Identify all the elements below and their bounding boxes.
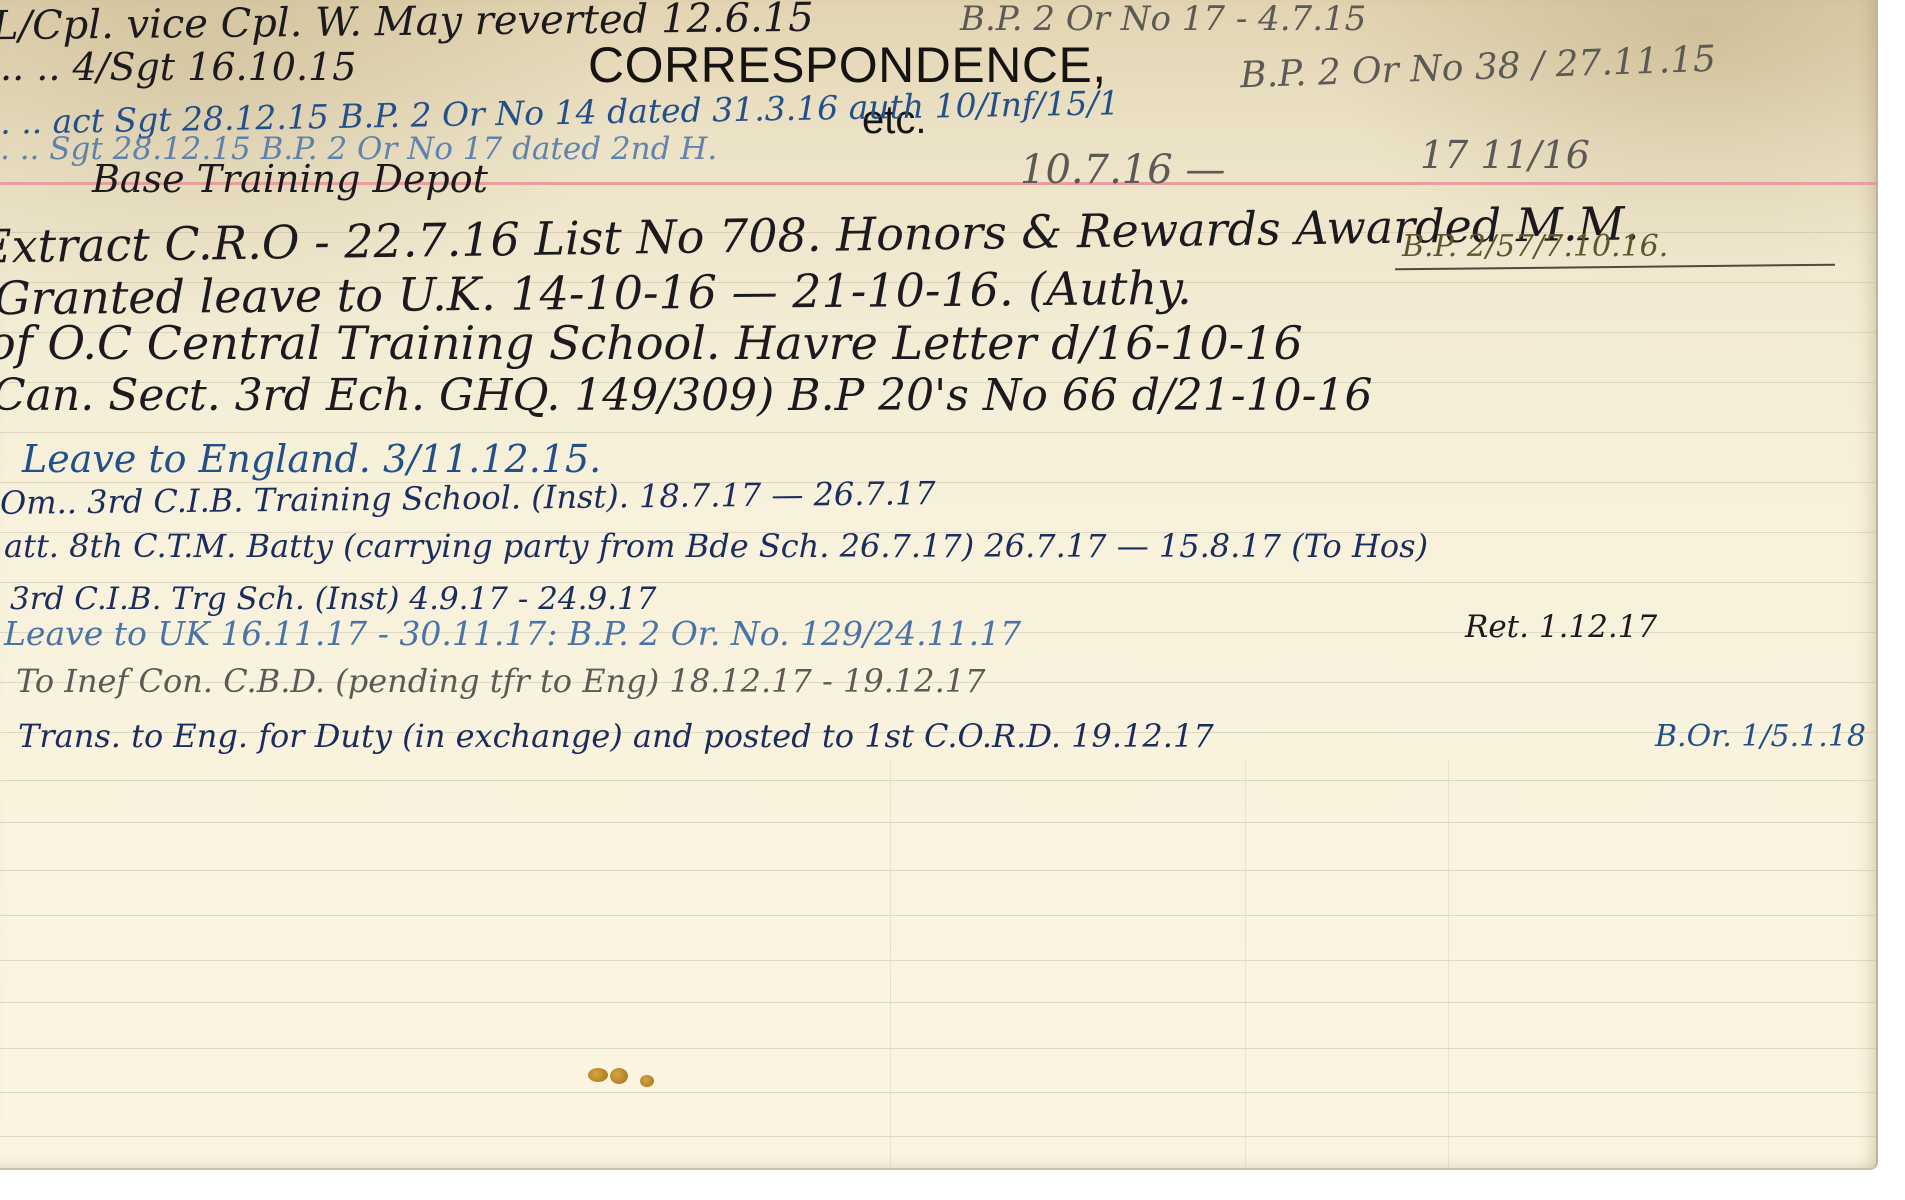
entry-depot-from-date: 10.7.16 —: [1020, 150, 1225, 190]
column-guide: [890, 760, 891, 1168]
entry-trans-ref: B.Or. 1/5.1.18: [1655, 722, 1866, 752]
entry-ctm-battery: att. 8th C.T.M. Batty (carrying party fr…: [4, 530, 1428, 562]
ruled-line: [0, 870, 1876, 871]
entry-cib-trg-sch: 3rd C.I.B. Trg Sch. (Inst) 4.9.17 - 24.9…: [10, 584, 657, 615]
entry-inef-con-cbd: To Inef Con. C.B.D. (pending tfr to Eng)…: [16, 665, 986, 697]
entry-leave-uk-1916: Granted leave to U.K. 14-10-16 — 21-10-1…: [0, 265, 1192, 321]
card-heading: CORRESPONDENCE,: [588, 40, 1107, 90]
entry-authority-havre: of O.C Central Training School. Havre Le…: [0, 320, 1303, 366]
entry-leave-england-1915: Leave to England. 3/11.12.15.: [22, 440, 601, 478]
entry-promotion-sgt-ref: B.P. 2 Or No 38 / 27.11.15: [1240, 42, 1717, 95]
ruled-line: [0, 915, 1876, 916]
entry-depot-to-date: 17 11/16: [1420, 136, 1590, 174]
entry-honours-mm: Extract C.R.O - 22.7.16 List No 708. Hon…: [0, 200, 1640, 269]
entry-base-training-depot: Base Training Depot: [92, 160, 488, 198]
entry-return-date: Ret. 1.12.17: [1465, 612, 1657, 643]
entry-promotion-sgt: .. .. 4/Sgt 16.10.15: [0, 48, 356, 86]
ruled-line: [0, 1048, 1876, 1049]
service-record-card: CORRESPONDENCE, etc. L/Cpl. vice Cpl. W.…: [0, 0, 1878, 1170]
entry-honours-ref: B.P. 2/57/7.10.16.: [1402, 232, 1668, 262]
entry-leave-uk-1917: Leave to UK 16.11.17 - 30.11.17: B.P. 2 …: [4, 617, 1021, 650]
ruled-line: [0, 780, 1876, 781]
stain-mark: [588, 1068, 608, 1082]
ruled-line: [0, 1092, 1876, 1093]
entry-promotion-lcpl-ref: B.P. 2 Or No 17 - 4.7.15: [960, 2, 1366, 36]
column-guide: [1448, 760, 1449, 1168]
honours-ref-underline: [1395, 264, 1835, 271]
entry-trans-to-eng: Trans. to Eng. for Duty (in exchange) an…: [18, 720, 1214, 752]
ruled-line: [0, 1002, 1876, 1003]
stain-mark: [610, 1068, 628, 1084]
entry-can-sect-ref: Can. Sect. 3rd Ech. GHQ. 149/309) B.P 20…: [0, 374, 1372, 418]
ruled-line: [0, 960, 1876, 961]
ruled-line: [0, 1136, 1876, 1137]
entry-cib-training-school: Om.. 3rd C.I.B. Training School. (Inst).…: [0, 477, 936, 519]
column-guide: [1245, 760, 1246, 1168]
ruled-line: [0, 432, 1876, 433]
stain-mark: [640, 1075, 654, 1087]
entry-promotion-lcpl: L/Cpl. vice Cpl. W. May reverted 12.6.15: [0, 0, 814, 46]
ruled-line: [0, 822, 1876, 823]
